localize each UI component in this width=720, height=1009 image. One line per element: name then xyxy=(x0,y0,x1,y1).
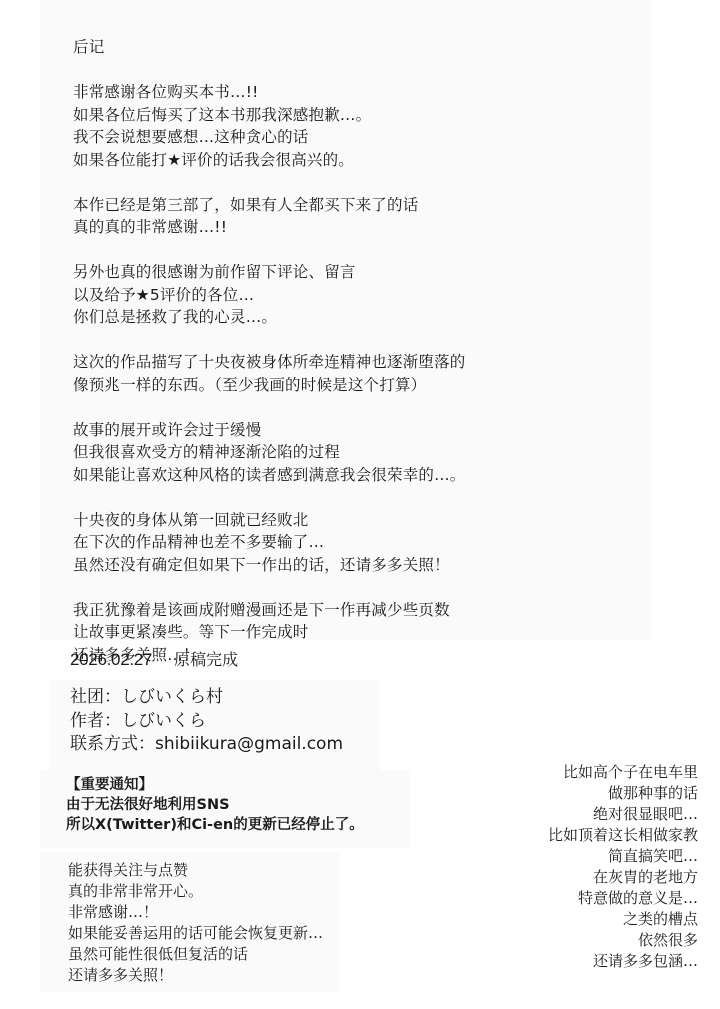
text-line: 但我很喜欢受方的精神逐渐沦陷的过程 xyxy=(73,441,633,464)
text-line: 我正犹豫着是该画成附赠漫画还是下一作再减少些页数 xyxy=(73,599,633,622)
notice-heading: 【重要通知】 xyxy=(66,775,364,795)
text-line: 虽然还没有确定但如果下一作出的话，还请多多关照！ xyxy=(73,554,633,577)
text-line: 这次的作品描写了十央夜被身体所牵连精神也逐渐堕落的 xyxy=(73,351,633,374)
thanks-line: 还请多多关照！ xyxy=(68,965,323,986)
side-note-line: 绝对很显眼吧… xyxy=(548,804,698,825)
author-name: 作者：しびいくら xyxy=(70,710,343,734)
thanks-line: 如果能妥善运用的话可能会恢复更新… xyxy=(68,923,323,944)
side-note-line: 之类的槽点 xyxy=(548,909,698,930)
side-note: 比如高个子在电车里 做那种事的话 绝对很显眼吧… 比如顶着这长相做家教 简直搞笑… xyxy=(548,762,698,972)
notice-line: 由于无法很好地利用SNS xyxy=(66,795,364,815)
afterword-paragraph-6: 十央夜的身体从第一回就已经败北 在下次的作品精神也差不多要输了… 虽然还没有确定… xyxy=(73,509,633,577)
thanks-line: 虽然可能性很低但复活的话 xyxy=(68,944,323,965)
thanks-line: 非常感谢…！ xyxy=(68,902,323,923)
text-line: 在下次的作品精神也差不多要输了… xyxy=(73,531,633,554)
side-note-line: 特意做的意义是… xyxy=(548,888,698,909)
afterword-paragraph-3: 另外也真的很感谢为前作留下评论、留言 以及给予★5评价的各位… 你们总是拯救了我… xyxy=(73,261,633,329)
credits-section: 社团：しびいくら村 作者：しびいくら 联系方式：shibiikura@gmail… xyxy=(70,686,343,757)
text-line: 故事的展开或许会过于缓慢 xyxy=(73,419,633,442)
side-note-line: 还请多多包涵… xyxy=(548,951,698,972)
completion-date-line: 2026.02.27原稿完成 xyxy=(70,648,238,672)
text-line: 以及给予★5评价的各位… xyxy=(73,284,633,307)
text-line: 真的真的非常感谢…!! xyxy=(73,216,633,239)
afterword-title: 后记 xyxy=(73,36,633,59)
thanks-line: 真的非常非常开心。 xyxy=(68,881,323,902)
thanks-line: 能获得关注与点赞 xyxy=(68,860,323,881)
text-line: 你们总是拯救了我的心灵…。 xyxy=(73,306,633,329)
text-line: 我不会说想要感想…这种贪心的话 xyxy=(73,126,633,149)
afterword-paragraph-4: 这次的作品描写了十央夜被身体所牵连精神也逐渐堕落的 像预兆一样的东西。（至少我画… xyxy=(73,351,633,396)
text-line: 如果各位后悔买了这本书那我深感抱歉…。 xyxy=(73,104,633,127)
text-line: 让故事更紧凑些。等下一作完成时 xyxy=(73,621,633,644)
side-note-line: 依然很多 xyxy=(548,930,698,951)
afterword-section: 后记 非常感谢各位购买本书…!! 如果各位后悔买了这本书那我深感抱歉…。 我不会… xyxy=(73,36,633,689)
side-note-line: 比如高个子在电车里 xyxy=(548,762,698,783)
contact-email: 联系方式：shibiikura@gmail.com xyxy=(70,733,343,757)
text-line: 本作已经是第三部了，如果有人全都买下来了的话 xyxy=(73,194,633,217)
afterword-paragraph-5: 故事的展开或许会过于缓慢 但我很喜欢受方的精神逐渐沦陷的过程 如果能让喜欢这种风… xyxy=(73,419,633,487)
notice-line: 所以X(Twitter)和Ci-en的更新已经停止了。 xyxy=(66,815,364,835)
thanks-section: 能获得关注与点赞 真的非常非常开心。 非常感谢…！ 如果能妥善运用的话可能会恢复… xyxy=(68,860,323,986)
afterword-paragraph-2: 本作已经是第三部了，如果有人全都买下来了的话 真的真的非常感谢…!! xyxy=(73,194,633,239)
completion-label: 原稿完成 xyxy=(174,650,238,669)
completion-date: 2026.02.27 xyxy=(70,650,152,669)
important-notice: 【重要通知】 由于无法很好地利用SNS 所以X(Twitter)和Ci-en的更… xyxy=(66,775,364,835)
text-line: 另外也真的很感谢为前作留下评论、留言 xyxy=(73,261,633,284)
text-line: 十央夜的身体从第一回就已经败北 xyxy=(73,509,633,532)
afterword-paragraph-1: 非常感谢各位购买本书…!! 如果各位后悔买了这本书那我深感抱歉…。 我不会说想要… xyxy=(73,81,633,171)
text-line: 如果各位能打★评价的话我会很高兴的。 xyxy=(73,149,633,172)
side-note-line: 比如顶着这长相做家教 xyxy=(548,825,698,846)
text-line: 像预兆一样的东西。（至少我画的时候是这个打算） xyxy=(73,374,633,397)
side-note-line: 简直搞笑吧… xyxy=(548,846,698,867)
side-note-line: 在灰胄的老地方 xyxy=(548,867,698,888)
text-line: 如果能让喜欢这种风格的读者感到满意我会很荣幸的…。 xyxy=(73,464,633,487)
circle-name: 社团：しびいくら村 xyxy=(70,686,343,710)
text-line: 非常感谢各位购买本书…!! xyxy=(73,81,633,104)
side-note-line: 做那种事的话 xyxy=(548,783,698,804)
